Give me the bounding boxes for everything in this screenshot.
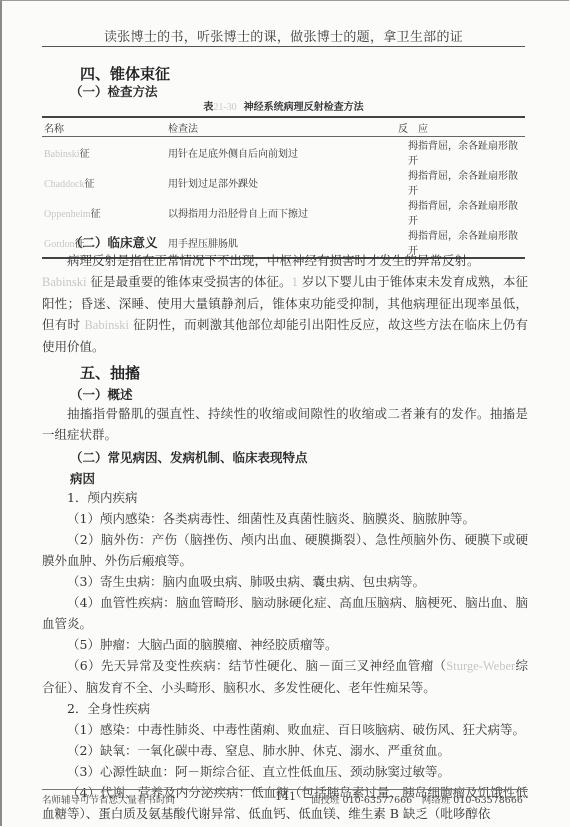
list-item: （5）肿瘤：大脑凸面的脑膜瘤、神经胶质瘤等。 (42, 634, 528, 655)
table-header-row: 名称 检查法 反应 (42, 117, 525, 137)
table-row: Chaddock征 用针划过足部外踝处 拇指背屈，余各趾扇形散开 (42, 167, 525, 197)
babinski-term: Babinski (42, 275, 86, 289)
item6-text-a: （6）先天异常及变性疾病：结节性硬化、脑－面三叉神经血管瘤（ (67, 658, 446, 673)
column-header-method: 检查法 (166, 117, 396, 137)
caption-title: 神经系统病理反射检查方法 (244, 102, 364, 113)
sign-name-suffix: 征 (91, 209, 101, 220)
response-cell: 拇指背屈，余各趾扇形散开 (396, 137, 525, 168)
clinical-significance-text: 病理反射是指在正常情况下不出现，中枢神经有损害时才发生的异常反射。 Babins… (42, 250, 528, 357)
clinical-paragraph-2: Babinski 征是最重要的锥体束受损害的体征。1 岁以下婴儿由于锥体束未发育… (42, 271, 528, 357)
list-item: （4）血管性疾病：脑血管畸形、脑动脉硬化症、高血压脑病、脑梗死、脑出血、脑血管炎… (42, 592, 528, 634)
babinski-term-2: Babinski (84, 318, 128, 332)
sign-name-suffix: 征 (85, 179, 95, 190)
section-5-title: 五、抽搐 (80, 362, 140, 383)
sign-name-en: Oppenheim (44, 209, 91, 220)
response-cell: 拇指背屈，余各趾扇形散开 (396, 167, 525, 197)
header-divider (42, 46, 525, 47)
overview-text: 抽搐指骨骼肌的强直性、持续性的收缩或间隙性的收缩或二者兼有的发作。抽搐是一组症状… (42, 403, 528, 445)
section-5-sub2-title: （二）常见病因、发病机制、临床表现特点 (70, 448, 308, 466)
clinical-paragraph-1: 病理反射是指在正常情况下不出现，中枢神经有损害时才发生的异常反射。 (42, 250, 528, 271)
column-header-name: 名称 (42, 117, 166, 137)
footer-contact: 面授班 010-63577666 网络班 010-63578666 (311, 792, 523, 806)
method-cell: 用针在足底外侧自后向前划过 (166, 137, 396, 168)
list-item: （1）颅内感染：各类病毒性、细菌性及真菌性脑炎、脑膜炎、脑脓肿等。 (42, 508, 528, 529)
list-item: （2）脑外伤：产伤（脑挫伤、颅内出血、硬膜撕裂）、急性颅脑外伤、硬膜下或硬膜外血… (42, 529, 528, 571)
etiology-list: 1．颅内疾病 （1）颅内感染：各类病毒性、细菌性及真菌性脑炎、脑膜炎、脑脓肿等。… (42, 487, 528, 824)
sturge-weber-term: Sturge-Weber (446, 659, 515, 673)
table-caption: 表21-30 神经系统病理反射检查方法 (42, 98, 525, 113)
list-item: （3）寄生虫病：脑内血吸虫病、肺吸虫病、囊虫病、包虫病等。 (42, 571, 528, 592)
sign-name-en: Chaddock (44, 179, 85, 190)
caption-number: 21-30 (213, 102, 236, 113)
method-cell: 用针划过足部外踝处 (166, 167, 396, 197)
list-item: （1）感染：中毒性肺炎、中毒性菌痢、败血症、百日咳脑病、破伤风、狂犬病等。 (42, 719, 528, 740)
sign-name-suffix: 征 (80, 149, 90, 160)
table-row: Babinski征 用针在足底外侧自后向前划过 拇指背屈，余各趾扇形散开 (42, 137, 525, 168)
etiology-label: 病因 (70, 469, 95, 487)
list-item: （6）先天异常及变性疾病：结节性硬化、脑－面三叉神经血管瘤（Sturge-Web… (42, 655, 528, 698)
response-cell: 拇指背屈，余各趾扇形散开 (396, 197, 525, 227)
list-item: （3）心源性缺血：阿－斯综合征、直立性低血压、颈动脉窦过敏等。 (42, 761, 528, 782)
method-cell: 以拇指用力沿胫骨自上而下擦过 (166, 197, 396, 227)
section-4-sub2-title: （二）临床意义 (70, 233, 158, 251)
page-number: 141 (275, 790, 296, 803)
overview-paragraph: 抽搐指骨骼肌的强直性、持续性的收缩或间隙性的收缩或二者兼有的发作。抽搐是一组症状… (42, 403, 528, 445)
sign-name-en: Babinski (44, 149, 80, 160)
section-4-title: 四、锥体束征 (80, 63, 170, 84)
column-header-response: 反应 (396, 117, 525, 137)
group-2-title: 2．全身性疾病 (42, 698, 528, 719)
section-5-sub1-title: （一）概述 (70, 385, 133, 403)
footer-slogan: 名师辅导可节省您大量看书时间 (42, 792, 175, 806)
caption-prefix: 表 (203, 102, 213, 113)
group-1-title: 1．颅内疾病 (42, 487, 528, 508)
running-header: 读张博士的书，听张博士的课，做张博士的题，拿卫生部的证 (42, 26, 525, 45)
table-row: Oppenheim征 以拇指用力沿胫骨自上而下擦过 拇指背屈，余各趾扇形散开 (42, 197, 525, 227)
clinical-text-2a: 征是最重要的锥体束受损害的体征。 (86, 274, 291, 289)
list-item: （2）缺氧：一氧化碳中毒、窒息、肺水肿、休克、溺水、严重贫血。 (42, 740, 528, 761)
clinical-text-1: 病理反射是指在正常情况下不出现，中枢神经有损害时才发生的异常反射。 (67, 253, 480, 268)
